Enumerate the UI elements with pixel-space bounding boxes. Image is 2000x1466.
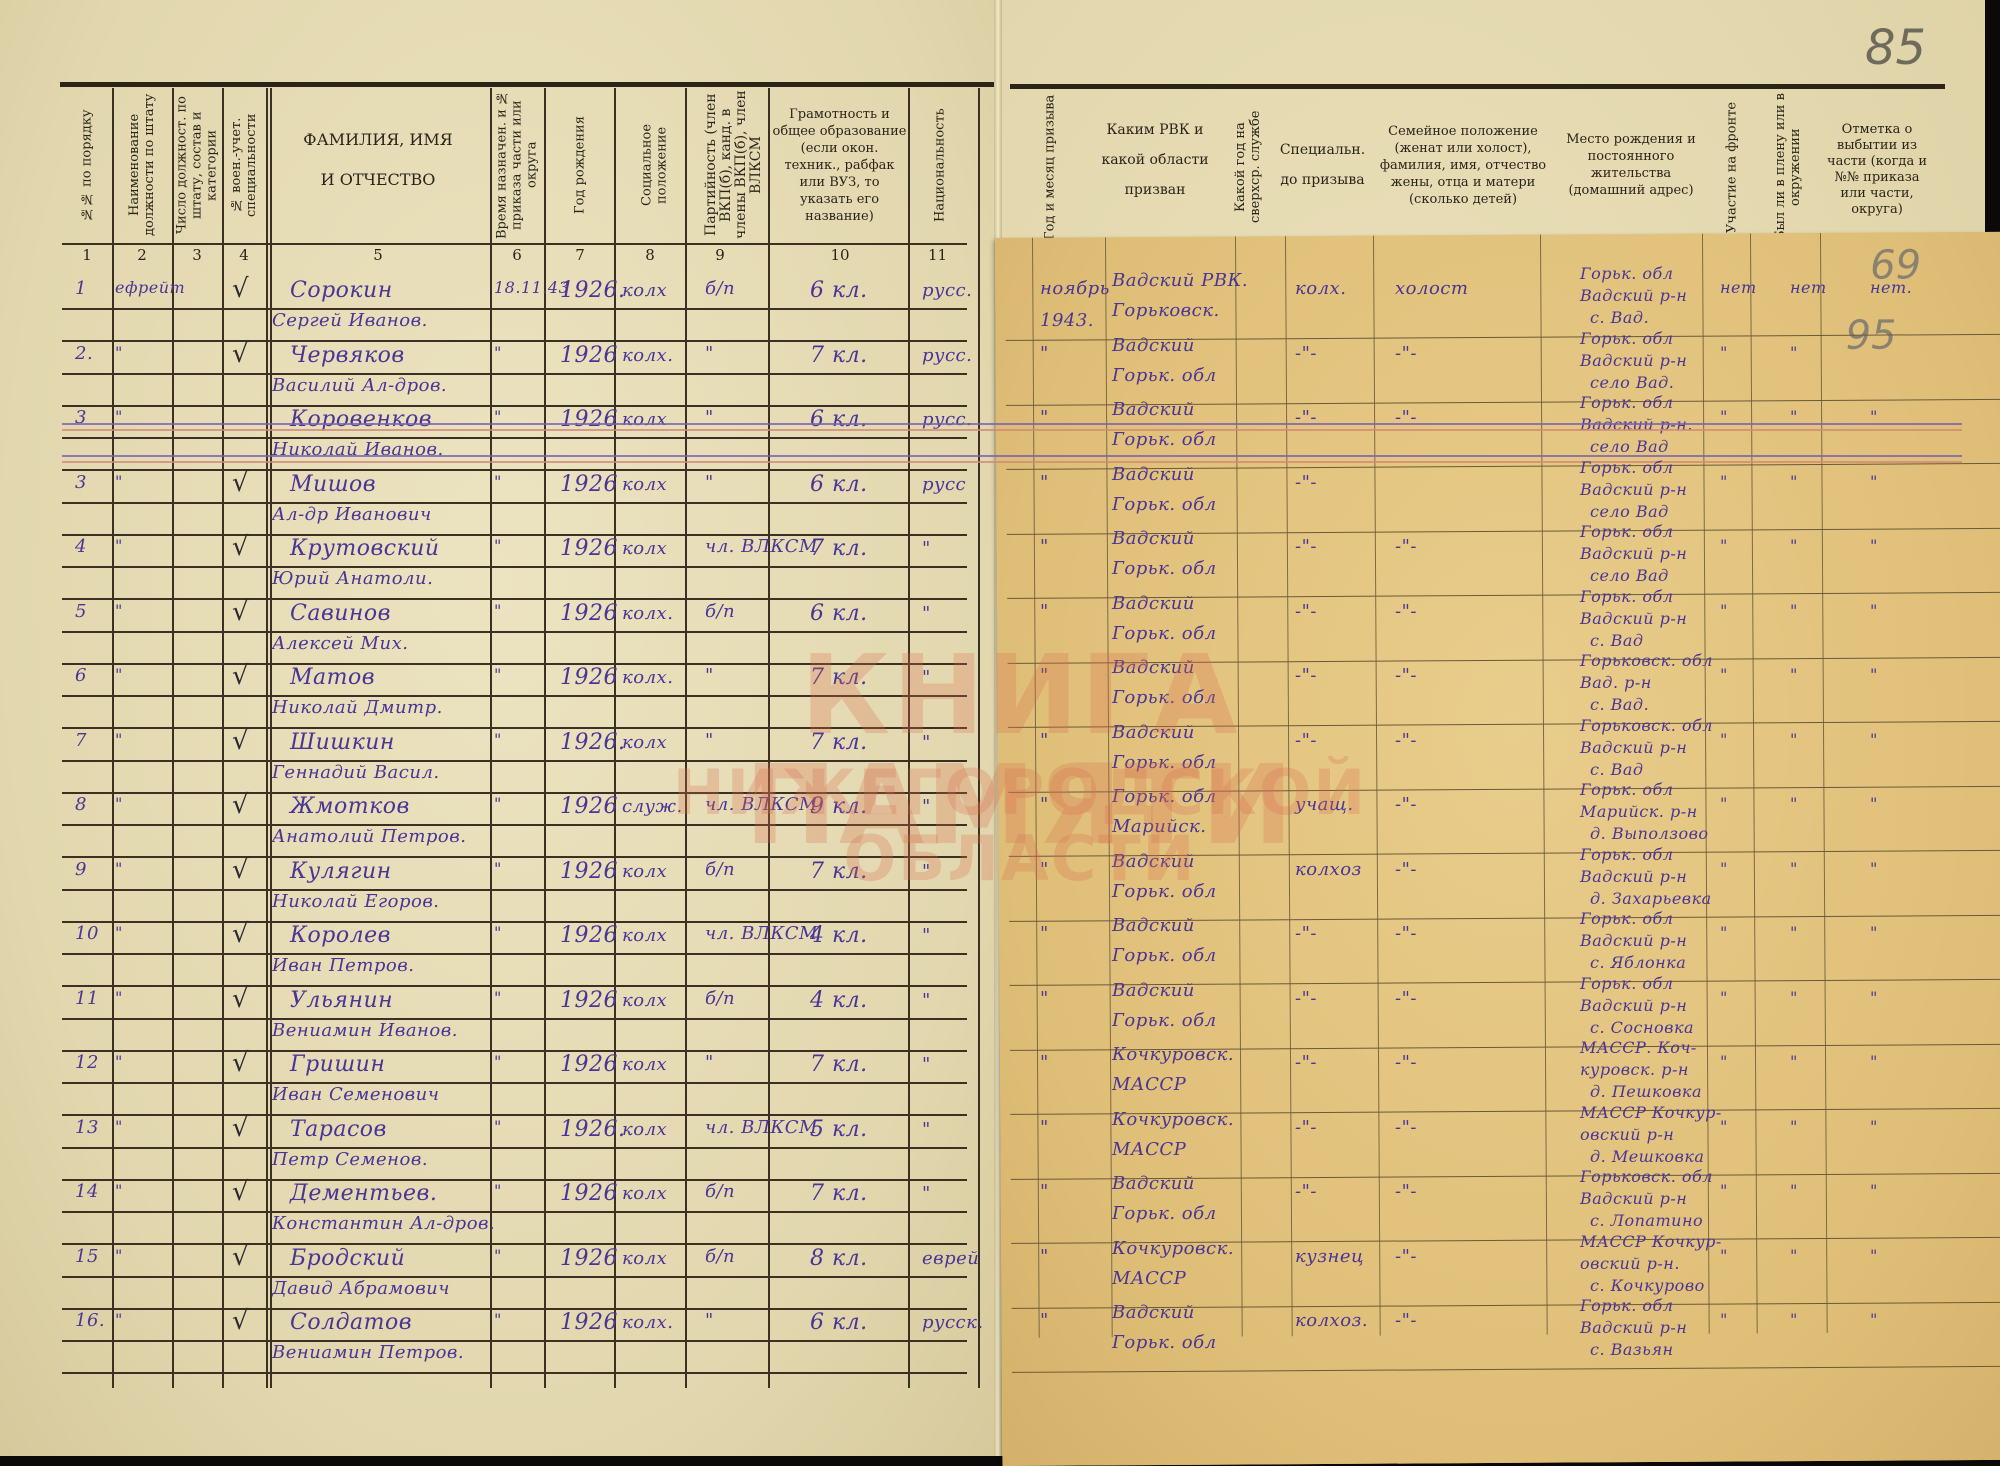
address-line-1: Горьк. обл xyxy=(1580,974,1674,993)
address-line-1: Горьковск. обл xyxy=(1580,651,1713,670)
address-line-3: д. Захарьевка xyxy=(1590,889,1712,908)
family-status: -"- xyxy=(1395,1246,1417,1267)
top-rule-right xyxy=(1010,84,1945,89)
draft-office: Вадский xyxy=(1112,657,1195,678)
captivity: " xyxy=(1790,1117,1798,1136)
given-name-patronymic: Вениамин Петров. xyxy=(272,1342,464,1363)
family-status: холост xyxy=(1395,278,1468,299)
captivity: " xyxy=(1790,730,1798,749)
draft-month: " xyxy=(1040,923,1049,944)
row-number: 7 xyxy=(75,730,87,751)
education: 6 кл. xyxy=(810,472,868,497)
nationality: " xyxy=(922,796,931,817)
front-participation: " xyxy=(1720,1117,1728,1136)
party-membership: б/п xyxy=(705,1181,735,1202)
grid-hline xyxy=(62,566,967,568)
address-line-1: Горьк. обл xyxy=(1580,845,1674,864)
surname: Матов xyxy=(290,665,375,690)
draft-month: " xyxy=(1040,1052,1049,1073)
verified-check: √ xyxy=(232,339,249,369)
position: " xyxy=(115,923,123,942)
row-number: 1 xyxy=(75,278,87,299)
position: " xyxy=(115,1181,123,1200)
appointment-date: " xyxy=(494,859,502,878)
position: ефрейт xyxy=(115,278,185,297)
draft-office: Кочкуровск. xyxy=(1112,1238,1234,1259)
draft-month: " xyxy=(1040,859,1049,880)
given-name-patronymic: Вениамин Иванов. xyxy=(272,1020,458,1041)
draft-region: Марийск. xyxy=(1112,816,1206,837)
draft-office: Вадский xyxy=(1112,593,1195,614)
address-line-1: Горьк. обл xyxy=(1580,522,1674,541)
address-line-3: с. Лопатино xyxy=(1590,1211,1703,1230)
family-status: -"- xyxy=(1395,1052,1417,1073)
nationality: русск. xyxy=(922,1312,984,1333)
appointment-date: " xyxy=(494,1052,502,1071)
draft-month: " xyxy=(1040,794,1049,815)
header-col-17: Место рождения и постоянного жительства … xyxy=(1556,120,1706,210)
given-name-patronymic: Николай Дмитр. xyxy=(272,697,443,718)
social-status: служ. xyxy=(622,796,683,817)
civil-specialty: -"- xyxy=(1295,665,1317,686)
exit-note: " xyxy=(1870,536,1878,555)
education: 4 кл. xyxy=(810,923,868,948)
social-status: колх xyxy=(622,280,667,301)
exit-note: " xyxy=(1870,730,1878,749)
nationality: " xyxy=(922,1119,931,1140)
address-line-1: Горьк. обл xyxy=(1580,909,1674,928)
draft-region: Горьк. обл xyxy=(1112,494,1217,515)
header-col-4: № воен.-учет. специальности xyxy=(222,90,266,240)
address-line-2: Вадский р-н xyxy=(1580,931,1687,950)
address-line-3: д. Пешковка xyxy=(1590,1082,1702,1101)
appointment-date: " xyxy=(494,1310,502,1329)
verified-check: √ xyxy=(232,1113,249,1143)
surname: Тарасов xyxy=(290,1117,387,1142)
address-line-2: Вадский р-н xyxy=(1580,609,1687,628)
verified-check: √ xyxy=(232,919,249,949)
given-name-patronymic: Константин Ал-дров. xyxy=(272,1213,495,1234)
party-membership: чл. ВЛКСМ xyxy=(705,923,818,944)
education: 5 кл. xyxy=(810,1117,868,1142)
address-line-2: овский р-н xyxy=(1580,1125,1674,1144)
draft-office: Горьк. обл xyxy=(1112,786,1217,807)
row-number: 3 xyxy=(75,472,87,493)
exit-note: " xyxy=(1870,859,1878,878)
exit-note: " xyxy=(1870,988,1878,1007)
surname: Червяков xyxy=(290,343,405,368)
social-status: колх xyxy=(622,861,667,882)
party-membership: " xyxy=(705,1052,714,1073)
verified-check: √ xyxy=(232,532,249,562)
social-status: колх. xyxy=(622,667,673,688)
exit-note: " xyxy=(1870,923,1878,942)
grid-hline xyxy=(62,1340,967,1342)
verified-check: √ xyxy=(232,790,249,820)
row-number: 14 xyxy=(75,1181,99,1202)
verified-check: √ xyxy=(232,468,249,498)
captivity: " xyxy=(1790,665,1798,684)
exit-note: " xyxy=(1870,1052,1878,1071)
civil-specialty: учащ. xyxy=(1295,794,1354,815)
given-name-patronymic: Иван Петров. xyxy=(272,955,414,976)
address-line-3: с. Яблонка xyxy=(1590,953,1686,972)
row-number: 12 xyxy=(75,1052,99,1073)
social-status: колх xyxy=(622,1054,667,1075)
address-line-3: с. Вазьян xyxy=(1590,1340,1674,1359)
family-status: -"- xyxy=(1395,1310,1417,1331)
party-membership: б/п xyxy=(705,278,735,299)
draft-month: " xyxy=(1040,536,1049,557)
given-name-patronymic: Василий Ал-дров. xyxy=(272,375,447,396)
draft-office: Вадский xyxy=(1112,851,1195,872)
row-number: 15 xyxy=(75,1246,99,1267)
draft-month: " xyxy=(1040,1310,1049,1331)
draft-month: " xyxy=(1040,730,1049,751)
header-col-13: Каким РВК и какой области призван xyxy=(1090,110,1220,210)
row-number: 8 xyxy=(75,794,87,815)
header-col-7: Год рождения xyxy=(560,90,600,240)
header-col-9: Партийность (член ВКП(б), канд. в члены … xyxy=(703,90,765,240)
row-number: 6 xyxy=(75,665,87,686)
grid-hline xyxy=(1012,1366,2000,1373)
strikethrough-line xyxy=(62,429,1962,431)
header-col-5a: ФАМИЛИЯ, ИМЯ xyxy=(268,120,488,160)
draft-region: Горьк. обл xyxy=(1112,623,1217,644)
address-line-3: с. Вад. xyxy=(1590,308,1649,327)
appointment-date: 18.11.43 xyxy=(494,278,569,297)
captivity: " xyxy=(1790,923,1798,942)
social-status: колх xyxy=(622,474,667,495)
appointment-date: " xyxy=(494,1117,502,1136)
col-num-10: 10 xyxy=(770,246,910,264)
position: " xyxy=(115,859,123,878)
address-line-1: Горьк. обл xyxy=(1580,329,1674,348)
nationality: еврей xyxy=(922,1248,979,1269)
grid-vline xyxy=(1032,238,1040,1338)
draft-region: Горьк. обл xyxy=(1112,1010,1217,1031)
draft-month: " xyxy=(1040,1181,1049,1202)
position: " xyxy=(115,536,123,555)
address-line-1: Горьковск. обл xyxy=(1580,1167,1713,1186)
draft-region: Горьк. обл xyxy=(1112,687,1217,708)
verified-check: √ xyxy=(232,984,249,1014)
position: " xyxy=(115,472,123,491)
front-participation: " xyxy=(1720,1052,1728,1071)
draft-month: " xyxy=(1040,343,1049,364)
col-num-8: 8 xyxy=(615,246,685,264)
surname: Савинов xyxy=(290,601,391,626)
given-name-patronymic: Геннадий Васил. xyxy=(272,762,440,783)
party-membership: " xyxy=(705,1310,714,1331)
front-participation: " xyxy=(1720,536,1728,555)
grid-hline xyxy=(62,824,967,826)
address-line-2: Вадский р-н xyxy=(1580,286,1687,305)
education: 9 кл. xyxy=(810,794,868,819)
birth-year: 1926 xyxy=(560,1310,618,1335)
draft-month: " xyxy=(1040,472,1049,493)
captivity: " xyxy=(1790,794,1798,813)
family-status: -"- xyxy=(1395,988,1417,1009)
civil-specialty: кузнец xyxy=(1295,1246,1364,1267)
draft-region: МАССР xyxy=(1112,1139,1186,1160)
draft-region: Горьковск. xyxy=(1112,300,1220,321)
header-col-18: Участие на фронте xyxy=(1712,92,1752,242)
birth-year: 1926 xyxy=(560,1052,618,1077)
draft-region: Горьк. обл xyxy=(1112,558,1217,579)
draft-month: " xyxy=(1040,665,1049,686)
draft-region: Горьк. обл xyxy=(1112,752,1217,773)
civil-specialty: -"- xyxy=(1295,730,1317,751)
front-participation: " xyxy=(1720,1310,1728,1329)
appointment-date: " xyxy=(494,988,502,1007)
draft-office: Вадский xyxy=(1112,528,1195,549)
row-number: 2. xyxy=(75,343,93,364)
birth-year: 1926. xyxy=(560,730,625,755)
col-num-3: 3 xyxy=(172,246,222,264)
top-rule xyxy=(60,82,995,87)
birth-year: 1926 xyxy=(560,794,618,819)
col-num-7: 7 xyxy=(545,246,615,264)
social-status: колх xyxy=(622,925,667,946)
grid-vline xyxy=(270,88,272,1388)
captivity: " xyxy=(1790,343,1798,362)
grid-hline xyxy=(62,437,967,439)
education: 7 кл. xyxy=(810,665,868,690)
family-status: -"- xyxy=(1395,343,1417,364)
draft-office: Вадский xyxy=(1112,399,1195,420)
grid-vline xyxy=(1235,237,1243,1337)
education: 7 кл. xyxy=(810,1052,868,1077)
nationality: " xyxy=(922,1054,931,1075)
draft-region: МАССР xyxy=(1112,1268,1186,1289)
nationality: русс. xyxy=(922,280,972,301)
address-line-3: село Вад xyxy=(1590,437,1669,456)
grid-hline xyxy=(62,373,967,375)
grid-hline xyxy=(62,502,967,504)
birth-year: 1926 xyxy=(560,1246,618,1271)
given-name-patronymic: Сергей Иванов. xyxy=(272,310,428,331)
header-col-10: Грамотность и общее образование (если ок… xyxy=(772,100,907,230)
civil-specialty: -"- xyxy=(1295,1181,1317,1202)
nationality: русс xyxy=(922,474,966,495)
front-participation: " xyxy=(1720,601,1728,620)
nationality: " xyxy=(922,925,931,946)
grid-vline xyxy=(978,88,980,1388)
draft-month: " xyxy=(1040,601,1049,622)
education: 7 кл. xyxy=(810,1181,868,1206)
front-participation: " xyxy=(1720,794,1728,813)
education: 8 кл. xyxy=(810,1246,868,1271)
position: " xyxy=(115,1117,123,1136)
surname: Королев xyxy=(290,923,391,948)
party-membership: " xyxy=(705,343,714,364)
row-number: 13 xyxy=(75,1117,99,1138)
grid-vline xyxy=(768,88,770,1388)
given-name-patronymic: Алексей Мих. xyxy=(272,633,408,654)
strikethrough-line xyxy=(62,461,1962,463)
front-participation: " xyxy=(1720,1246,1728,1265)
address-line-2: Вадский р-н xyxy=(1580,867,1687,886)
family-status: -"- xyxy=(1395,665,1417,686)
verified-check: √ xyxy=(232,274,249,304)
party-membership: чл. ВЛКСМ xyxy=(705,536,818,557)
surname: Бродский xyxy=(290,1246,405,1271)
captivity: " xyxy=(1790,601,1798,620)
address-line-3: с. Вад xyxy=(1590,760,1644,779)
exit-note: " xyxy=(1870,1310,1878,1329)
birth-year: 1926 xyxy=(560,665,618,690)
grid-vline xyxy=(222,88,224,1388)
col-num-1: 1 xyxy=(62,246,112,264)
exit-note: " xyxy=(1870,472,1878,491)
civil-specialty: колхоз xyxy=(1295,859,1362,880)
strikethrough-line xyxy=(62,423,1962,425)
header-col-16: Семейное положение (женат или холост), ф… xyxy=(1378,110,1548,220)
row-number: 11 xyxy=(75,988,99,1009)
row-number: 16. xyxy=(75,1310,105,1331)
address-line-1: Горьк. обл xyxy=(1580,393,1674,412)
front-participation: " xyxy=(1720,859,1728,878)
education: 7 кл. xyxy=(810,730,868,755)
exit-note: нет. xyxy=(1870,278,1912,297)
education: 6 кл. xyxy=(810,601,868,626)
front-participation: " xyxy=(1720,472,1728,491)
grid-vline xyxy=(1820,233,1828,1333)
address-line-1: МАССР Кочкур- xyxy=(1580,1232,1722,1251)
family-status: -"- xyxy=(1395,1181,1417,1202)
civil-specialty: -"- xyxy=(1295,536,1317,557)
civil-specialty: -"- xyxy=(1295,1052,1317,1073)
draft-region: Горьк. обл xyxy=(1112,945,1217,966)
front-participation: " xyxy=(1720,730,1728,749)
draft-office: Вадский xyxy=(1112,915,1195,936)
address-line-1: Горьк. обл xyxy=(1580,587,1674,606)
row-number: 10 xyxy=(75,923,99,944)
grid-hline xyxy=(62,953,967,955)
address-line-2: овский р-н. xyxy=(1580,1254,1680,1273)
captivity: " xyxy=(1790,1052,1798,1071)
family-status: -"- xyxy=(1395,794,1417,815)
grid-vline xyxy=(266,88,268,1388)
social-status: колх xyxy=(622,732,667,753)
family-status: -"- xyxy=(1395,536,1417,557)
col-num-6: 6 xyxy=(492,246,542,264)
exit-note: " xyxy=(1870,1181,1878,1200)
header-col-12: Год и месяц призыва xyxy=(1020,92,1080,242)
education: 4 кл. xyxy=(810,988,868,1013)
social-status: колх xyxy=(622,1119,667,1140)
grid-hline xyxy=(62,760,967,762)
draft-region: МАССР xyxy=(1112,1074,1186,1095)
address-line-2: Вадский р-н xyxy=(1580,1318,1687,1337)
position: " xyxy=(115,1246,123,1265)
surname: Дементьев. xyxy=(290,1181,437,1206)
address-line-2: Вад. р-н xyxy=(1580,673,1652,692)
address-line-3: с. Кочкурово xyxy=(1590,1276,1705,1295)
party-membership: б/п xyxy=(705,859,735,880)
draft-region: Горьк. обл xyxy=(1112,881,1217,902)
nationality: " xyxy=(922,538,931,559)
social-status: колх xyxy=(622,990,667,1011)
appointment-date: " xyxy=(494,665,502,684)
draft-office: Вадский xyxy=(1112,464,1195,485)
address-line-3: село Вад xyxy=(1590,502,1669,521)
verified-check: √ xyxy=(232,1306,249,1336)
header-col-15: Специальн. до призыва xyxy=(1275,130,1370,200)
address-line-3: село Вад xyxy=(1590,566,1669,585)
birth-year: 1926. xyxy=(560,1117,625,1142)
grid-vline xyxy=(112,88,114,1388)
draft-office: Вадский xyxy=(1112,980,1195,1001)
address-line-2: Вадский р-н xyxy=(1580,738,1687,757)
row-number: 5 xyxy=(75,601,87,622)
address-line-1: Горьк. обл xyxy=(1580,264,1674,283)
grid-hline xyxy=(62,1082,967,1084)
surname: Крутовский xyxy=(290,536,440,561)
front-participation: " xyxy=(1720,988,1728,1007)
address-line-3: с. Вад xyxy=(1590,631,1644,650)
verified-check: √ xyxy=(232,597,249,627)
header-col-8: Социальное положение xyxy=(632,90,677,240)
social-status: колх. xyxy=(622,345,673,366)
nationality: " xyxy=(922,861,931,882)
nationality: " xyxy=(922,1183,931,1204)
given-name-patronymic: Давид Абрамович xyxy=(272,1278,450,1299)
exit-note: " xyxy=(1870,1117,1878,1136)
grid-hline xyxy=(62,1018,967,1020)
col-num-11: 11 xyxy=(910,246,965,264)
grid-vline xyxy=(1750,233,1758,1333)
family-status: -"- xyxy=(1395,1117,1417,1138)
education: 7 кл. xyxy=(810,859,868,884)
grid-vline xyxy=(908,88,910,1388)
birth-year: 1926 xyxy=(560,343,618,368)
birth-year: 1926. xyxy=(560,278,625,303)
social-status: колх. xyxy=(622,603,673,624)
header-col-2: Наименование должности по штату xyxy=(112,90,172,240)
party-membership: чл. ВЛКСМ xyxy=(705,794,818,815)
nationality: " xyxy=(922,732,931,753)
row-number: 9 xyxy=(75,859,87,880)
draft-office: Вадский xyxy=(1112,1302,1195,1323)
address-line-2: Вадский р-н xyxy=(1580,351,1687,370)
appointment-date: " xyxy=(494,1246,502,1265)
family-status: -"- xyxy=(1395,601,1417,622)
given-name-patronymic: Ал-др Иванович xyxy=(272,504,432,525)
header-col-14: Какой год на сверхср. службе xyxy=(1228,92,1268,242)
captivity: " xyxy=(1790,859,1798,878)
col-num-9: 9 xyxy=(685,246,755,264)
col-num-5: 5 xyxy=(268,246,488,264)
civil-specialty: колхоз. xyxy=(1295,1310,1368,1331)
grid-vline xyxy=(685,88,687,1388)
appointment-date: " xyxy=(494,536,502,555)
verified-check: √ xyxy=(232,1177,249,1207)
captivity: " xyxy=(1790,536,1798,555)
captivity: " xyxy=(1790,1310,1798,1329)
education: 7 кл. xyxy=(810,343,868,368)
header-col-5b: И ОТЧЕСТВО xyxy=(268,160,488,200)
front-participation: нет xyxy=(1720,278,1757,297)
draft-office: Вадский РВК. xyxy=(1112,270,1248,291)
draft-region: Горьк. обл xyxy=(1112,429,1217,450)
exit-note: " xyxy=(1870,665,1878,684)
draft-office: Вадский xyxy=(1112,1173,1195,1194)
address-line-2: Марийск. р-н xyxy=(1580,802,1698,821)
party-membership: " xyxy=(705,472,714,493)
position: " xyxy=(115,1052,123,1071)
